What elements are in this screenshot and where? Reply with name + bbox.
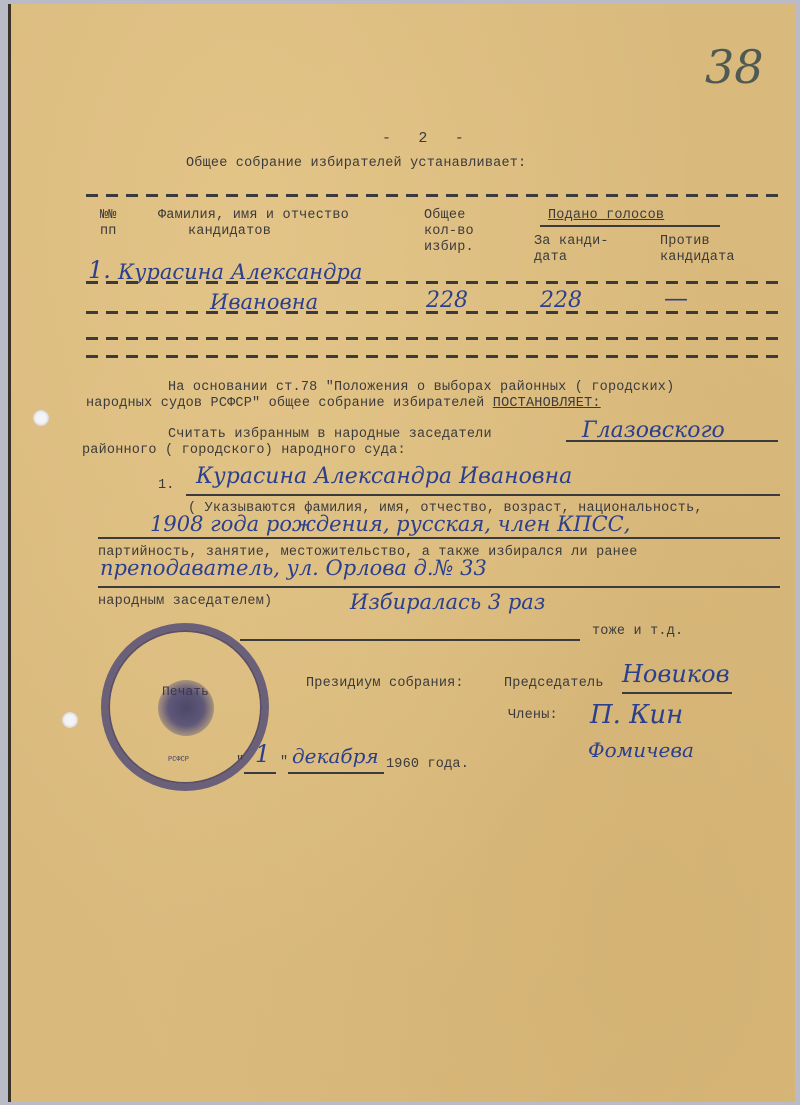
table-bottom-rule	[86, 355, 780, 358]
elected-name: Курасина Александра Ивановна	[196, 464, 572, 489]
date-close-quote: "	[280, 755, 288, 770]
table-top-rule	[86, 194, 780, 197]
header-number-line1: №№	[100, 208, 117, 223]
header-number-line2: пп	[100, 224, 117, 239]
resolution-line2: народных судов РСФСР" общее собрание изб…	[86, 396, 601, 411]
archive-page-number: 38	[705, 40, 764, 94]
chair-signature-underline	[622, 692, 732, 694]
date-day: 1	[255, 740, 270, 768]
header-for-line2: дата	[534, 250, 567, 265]
stamp-area-rule	[240, 639, 580, 641]
resolution-line2-text: народных судов РСФСР" общее собрание изб…	[86, 396, 493, 411]
resolution-line1: На основании ст.78 "Положения о выборах …	[168, 380, 674, 395]
row-votes-for: 228	[540, 288, 582, 313]
date-month: декабря	[292, 744, 379, 768]
votes-group-underline	[540, 225, 720, 227]
hint-line3: народным заседателем)	[98, 594, 272, 609]
date-month-underline	[288, 772, 384, 774]
details-line1-underline	[98, 537, 780, 539]
date-day-underline	[244, 772, 276, 774]
date-open-quote: "	[236, 755, 244, 770]
member-signature-1: П. Кин	[590, 700, 683, 730]
header-total-line3: избир.	[424, 240, 474, 255]
member-signature-2: Фомичева	[588, 738, 694, 762]
members-label: Члены:	[508, 708, 558, 723]
consider-line1: Считать избранным в народные заседатели	[168, 427, 492, 442]
row-votes-against: —	[664, 284, 688, 312]
etc-note: тоже и т.д.	[592, 624, 683, 639]
elected-name-underline	[186, 494, 780, 496]
resolution-decree: ПОСТАНОВЛЯЕТ:	[493, 396, 601, 411]
header-votes-group: Подано голосов	[548, 208, 664, 223]
presidium-label: Президиум собрания:	[306, 676, 464, 691]
header-against-line1: Против	[660, 234, 710, 249]
page-marker: - 2 -	[382, 130, 464, 147]
details-line2-underline	[98, 586, 780, 588]
elected-number: 1.	[158, 478, 175, 493]
punch-hole-bottom	[62, 712, 78, 728]
date-year: 1960 года.	[386, 757, 469, 772]
court-name-underline	[566, 440, 778, 442]
stamp-center-text: Печать	[162, 684, 209, 699]
details-line2: преподаватель, ул. Орлова д.№ 33	[100, 556, 487, 580]
header-total-line2: кол-во	[424, 224, 474, 239]
header-total-line1: Общее	[424, 208, 466, 223]
chair-label: Председатель	[504, 676, 604, 691]
consider-line2: районного ( городского) народного суда:	[82, 443, 406, 458]
row-total-voters: 228	[426, 288, 468, 313]
row-number: 1.	[88, 256, 111, 284]
header-name-line2: кандидатов	[188, 224, 271, 239]
details-line3: Избиралась 3 раз	[350, 590, 545, 614]
punch-hole-top	[33, 410, 49, 426]
row-rule-2	[86, 311, 780, 314]
header-name-line1: Фамилия, имя и отчество	[158, 208, 349, 223]
row-rule-3	[86, 337, 780, 340]
heading: Общее собрание избирателей устанавливает…	[186, 156, 526, 171]
header-for-line1: За канди-	[534, 234, 609, 249]
header-against-line2: кандидата	[660, 250, 735, 265]
chair-signature: Новиков	[622, 660, 730, 688]
stamp-ring-text-bottom: РСФСР	[168, 756, 189, 764]
details-line1: 1908 года рождения, русская, член КПСС,	[150, 512, 630, 536]
